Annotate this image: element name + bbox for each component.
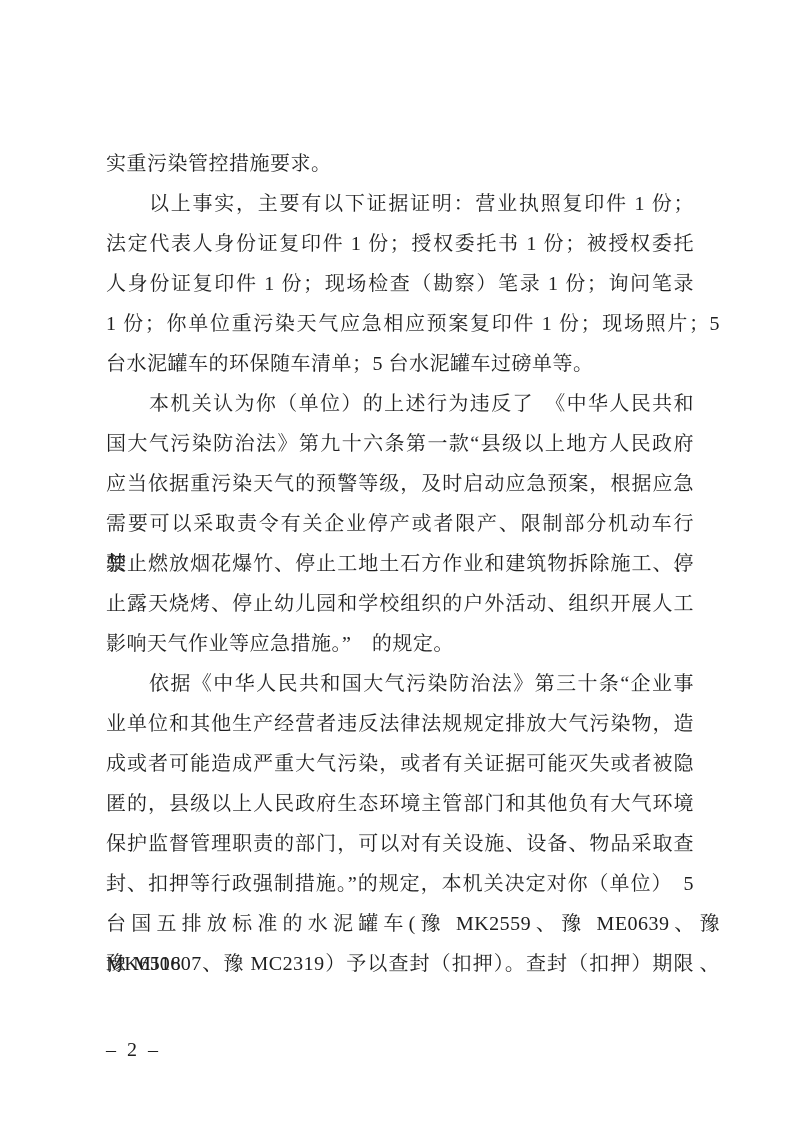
text-line: 实重污染管控措施要求。 (106, 144, 694, 184)
text-line: 封、扣押等行政强制措施。”的规定，本机关决定对你（单位） 5 (106, 864, 694, 904)
text-line: 业单位和其他生产经营者违反法律法规规定排放大气污染物，造 (106, 704, 694, 744)
text-line: 依据《中华人民共和国大气污染防治法》第三十条“企业事 (106, 664, 694, 704)
text-line: 法定代表人身份证复印件 1 份；授权委托书 1 份；被授权委托 (106, 224, 694, 264)
text-line: 台国五排放标准的水泥罐车(豫 MK2559、豫 ME0639、豫 MK6518、 (106, 904, 720, 944)
text-line: 台水泥罐车的环保随车清单；5 台水泥罐车过磅单等。 (106, 344, 694, 384)
text-line: 国大气污染防治法》第九十六条第一款“县级以上地方人民政府 (106, 424, 694, 464)
text-line: 止露天烧烤、停止幼儿园和学校组织的户外活动、组织开展人工 (106, 584, 694, 624)
text-line: 1 份；你单位重污染天气应急相应预案复印件 1 份；现场照片；5 (106, 304, 720, 344)
text-line: 需要可以采取责令有关企业停产或者限产、限制部分机动车行驶、 (106, 504, 694, 544)
document-body: 实重污染管控措施要求。以上事实，主要有以下证据证明：营业执照复印件 1 份；法定… (106, 144, 694, 984)
text-line: 人身份证复印件 1 份；现场检查（勘察）笔录 1 份；询问笔录 (106, 264, 694, 304)
text-line: 保护监督管理职责的部门，可以对有关设施、设备、物品采取查 (106, 824, 694, 864)
document-page: 实重污染管控措施要求。以上事实，主要有以下证据证明：营业执照复印件 1 份；法定… (0, 0, 793, 1122)
page-number: – 2 – (106, 1032, 158, 1068)
text-line: 豫 MJ0607、豫 MC2319）予以查封（扣押）。查封（扣押）期限 (106, 944, 694, 984)
text-line: 影响天气作业等应急措施。” 的规定。 (106, 624, 694, 664)
text-line: 本机关认为你（单位）的上述行为违反了 《中华人民共和 (106, 384, 694, 424)
text-line: 匿的，县级以上人民政府生态环境主管部门和其他负有大气环境 (106, 784, 694, 824)
text-line: 以上事实，主要有以下证据证明：营业执照复印件 1 份； (106, 184, 694, 224)
text-line: 禁止燃放烟花爆竹、停止工地土石方作业和建筑物拆除施工、停 (106, 544, 694, 584)
text-line: 应当依据重污染天气的预警等级，及时启动应急预案，根据应急 (106, 464, 694, 504)
text-line: 成或者可能造成严重大气污染，或者有关证据可能灭失或者被隐 (106, 744, 694, 784)
